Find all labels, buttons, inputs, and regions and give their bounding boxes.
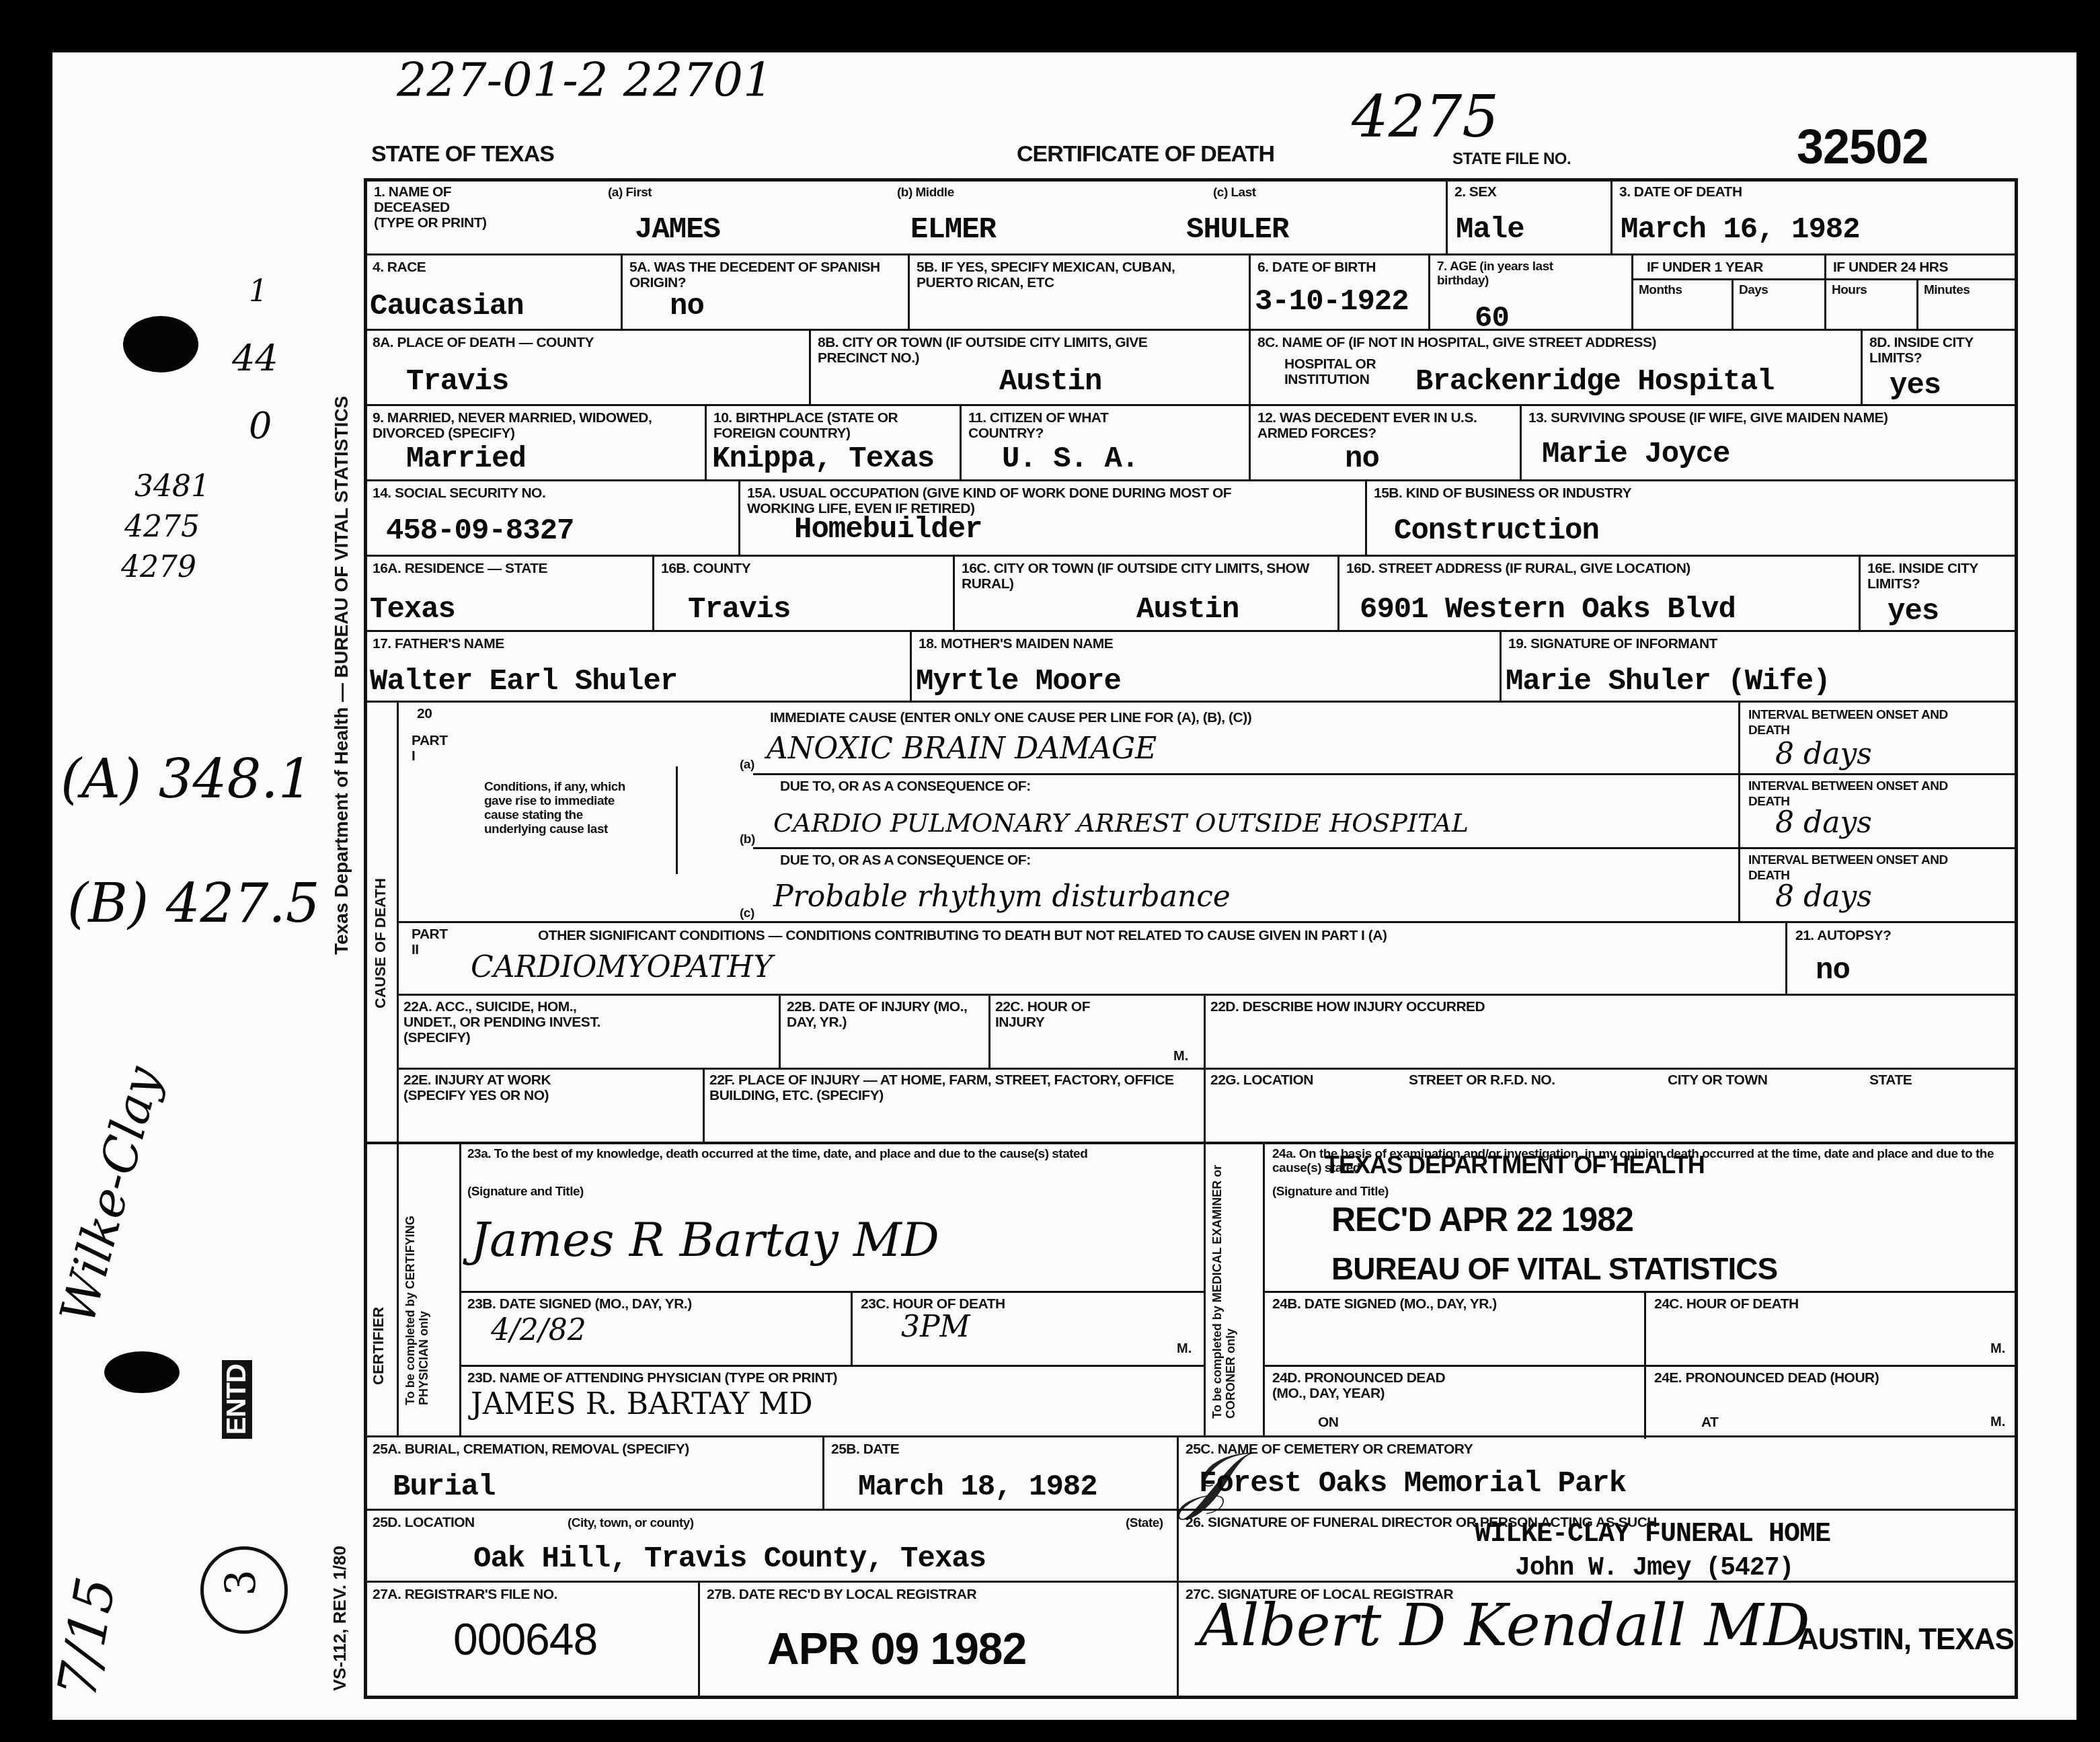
diagnosis-code-b: (B) 427.5 <box>67 887 320 920</box>
punch-hole-top <box>123 316 198 372</box>
field-25d-location: 25d. LOCATION (City, town, or county) (S… <box>364 1509 1179 1583</box>
field-16c-city: 16c. CITY OR TOWN (If outside city limit… <box>953 555 1339 632</box>
field-24b-label: 24b. DATE SIGNED (Mo., Day, Yr.) <box>1272 1296 1497 1312</box>
field-12-armed-forces: 12. WAS DECEDENT EVER IN U.S. ARMED FORC… <box>1249 404 1522 481</box>
under-1-year-months: Months <box>1631 278 1734 331</box>
margin-code-1: 3481 <box>134 471 210 503</box>
diagnosis-code-a: (A) 348.1 <box>61 763 313 795</box>
certifier-vertical-label: CERTIFIER <box>370 1307 387 1385</box>
field-24c-label: 24c. HOUR OF DEATH <box>1654 1296 1799 1312</box>
date-signed: 4/2/82 <box>491 1314 586 1347</box>
handwritten-file-reference: 227-01-2 22701 <box>397 64 773 96</box>
field-6-date-of-birth: 6. DATE OF BIRTH 3-10-1922 <box>1249 253 1430 331</box>
field-8a-county-of-death: 8a. PLACE OF DEATH — COUNTY Travis <box>364 329 811 406</box>
field-3-date-of-death: 3. DATE OF DEATH March 16, 1982 <box>1610 178 2018 255</box>
field-25a-disposition: 25a. BURIAL, CREMATION, REMOVAL (Specify… <box>364 1435 824 1511</box>
date-note: 7/15 <box>61 1575 113 1700</box>
under-1-year-days: Days <box>1732 278 1826 331</box>
field-19-informant: 19. SIGNATURE OF INFORMANT Marie Shuler … <box>1500 630 2018 703</box>
other-conditions: CARDIOMYOPATHY <box>471 951 773 984</box>
under-1-year-header: IF UNDER 1 YEAR <box>1631 253 1826 280</box>
cause-of-death-vertical-label: CAUSE OF DEATH <box>372 878 389 1008</box>
field-8c-hospital: 8c. NAME OF (If not in hospital, give st… <box>1249 329 1863 406</box>
part-ii-label: PART II <box>412 926 438 957</box>
cause-c: Probable rhythym disturbance <box>773 881 1231 913</box>
field-23d-label: 23d. NAME OF ATTENDING PHYSICIAN (Type o… <box>467 1370 837 1386</box>
under-24-hrs-header: IF UNDER 24 HRS <box>1824 253 2018 280</box>
field-22g-label: 22g. LOCATION <box>1210 1072 1313 1088</box>
department-vertical-title: Texas Department of Health — BUREAU OF V… <box>331 396 352 955</box>
field-27c-local-registrar: 27c. SIGNATURE OF LOCAL REGISTRAR Albert… <box>1177 1581 2018 1699</box>
field-5a-spanish-origin: 5a. WAS THE DECEDENT OF SPANISH ORIGIN? … <box>621 253 910 331</box>
field-22b-label: 22b. DATE OF INJURY (Mo., Day, Yr.) <box>787 999 988 1030</box>
field-22e-label: 22e. INJURY AT WORK (Specify yes or no) <box>403 1072 578 1103</box>
field-4-race: 4. RACE Caucasian <box>364 253 623 331</box>
part-i-label: PART I <box>412 733 438 764</box>
autopsy-value: no <box>1816 955 1850 987</box>
margin-note-3: 0 <box>249 410 272 442</box>
field-8d-inside-city-limits: 8d. INSIDE CITY LIMITS? yes <box>1861 329 2018 406</box>
field-14-social-security: 14. SOCIAL SECURITY NO. 458-09-8327 <box>364 479 740 557</box>
margin-note-2: 44 <box>232 343 278 375</box>
physician-only-label: To be completed by CERTIFYING PHYSICIAN … <box>403 1150 430 1405</box>
field-16e-inside-city-limits: 16e. INSIDE CITY LIMITS? yes <box>1859 555 2018 632</box>
state-heading: STATE OF TEXAS <box>371 141 554 167</box>
first-name: JAMES <box>635 214 720 246</box>
field-24e-label: 24e. PRONOUNCED DEAD (Hour) <box>1654 1370 1879 1386</box>
cause-a: ANOXIC BRAIN DAMAGE <box>767 733 1157 765</box>
field-25b-date: 25b. DATE March 18, 1982 <box>822 1435 1179 1511</box>
state-file-number: 32502 <box>1797 120 1928 175</box>
physician-signature: James R Bartay MD <box>471 1224 939 1256</box>
interval-c: 8 days <box>1775 881 1872 913</box>
immediate-cause-label: IMMEDIATE CAUSE (Enter only one cause pe… <box>770 710 1251 725</box>
field-16a-residence-state: 16a. RESIDENCE — STATE Texas <box>364 555 654 632</box>
other-conditions-label: OTHER SIGNIFICANT CONDITIONS — CONDITION… <box>538 928 1387 943</box>
field-22f-label: 22f. PLACE OF INJURY — At home, farm, st… <box>709 1072 1194 1103</box>
received-stamp-bureau: BUREAU OF VITAL STATISTICS <box>1331 1251 1777 1287</box>
field-16d-street-address: 16d. STREET ADDRESS (If rural, give loca… <box>1337 555 1861 632</box>
handwritten-file-number: 4275 <box>1352 101 1499 133</box>
field-5b-origin-specify: 5b. IF YES, SPECIFY MEXICAN, CUBAN, PUER… <box>908 253 1251 331</box>
interval-a: 8 days <box>1775 738 1872 770</box>
field-11-citizenship: 11. CITIZEN OF WHAT COUNTRY? U. S. A. <box>960 404 1251 481</box>
field-13-surviving-spouse: 13. SURVIVING SPOUSE (If wife, give maid… <box>1520 404 2018 481</box>
hour-of-death: 3PM <box>901 1311 970 1343</box>
field-2-sex: 2. SEX Male <box>1446 178 1612 255</box>
under-24-hrs-minutes: Minutes <box>1916 278 2018 331</box>
field-10-birthplace: 10. BIRTHPLACE (State or foreign country… <box>705 404 962 481</box>
last-name: SHULER <box>1186 214 1288 246</box>
field-18-mother: 18. MOTHER'S MAIDEN NAME Myrtle Moore <box>910 630 1502 703</box>
funeral-director-name: John W. Jmey (5427) <box>1515 1552 1793 1585</box>
entered-stamp: ENTD <box>222 1360 252 1439</box>
registrar-place: AUSTIN, TEXAS <box>1797 1623 2014 1657</box>
received-stamp-overprint: TEXAS DEPARTMENT OF HEALTH <box>1325 1151 1705 1179</box>
autopsy-label: 21. AUTOPSY? <box>1795 928 1891 943</box>
received-stamp-date: REC'D APR 22 1982 <box>1331 1200 1633 1239</box>
field-9-marital-status: 9. MARRIED, NEVER MARRIED, WIDOWED, DIVO… <box>364 404 707 481</box>
field-22c-label: 22c. HOUR OF INJURY <box>995 999 1130 1030</box>
field-26-funeral-director: 26. SIGNATURE OF FUNERAL DIRECTOR OR PER… <box>1177 1509 2018 1583</box>
field-27a-registrar-file: 27a. REGISTRAR'S FILE NO. 000648 <box>364 1581 700 1699</box>
field-23a-label: 23a. To the best of my knowledge, death … <box>467 1147 1180 1161</box>
field-25c-cemetery: 25c. NAME OF CEMETERY OR CREMATORY Fores… <box>1177 1435 2018 1511</box>
state-file-label: STATE FILE NO. <box>1452 151 1571 167</box>
examiner-only-label: To be completed by MEDICAL EXAMINER or C… <box>1210 1163 1237 1419</box>
field-17-father: 17. FATHER'S NAME Walter Earl Shuler <box>364 630 912 703</box>
cause-b: CARDIO PULMONARY ARREST OUTSIDE HOSPITAL <box>773 807 1469 839</box>
punch-hole-bottom <box>104 1351 180 1393</box>
field-15b-industry: 15b. KIND OF BUSINESS OR INDUSTRY Constr… <box>1365 479 2018 557</box>
field-24d-label: 24d. PRONOUNCED DEAD (Mo., Day, Year) <box>1272 1370 1461 1401</box>
middle-name: ELMER <box>910 214 996 246</box>
field-16b-county: 16b. COUNTY Travis <box>652 555 955 632</box>
margin-code-2: 4275 <box>124 511 200 543</box>
margin-code-3: 4279 <box>121 551 196 584</box>
attending-physician: JAMES R. BARTAY MD <box>471 1388 813 1421</box>
item-20-number: 20 <box>417 706 432 721</box>
field-8b-city-of-death: 8b. CITY OR TOWN (If outside city limits… <box>809 329 1251 406</box>
circled-number: 3 <box>200 1546 288 1634</box>
conditions-note: Conditions, if any, which gave rise to i… <box>484 780 646 836</box>
field-7-age: 7. AGE (in years last birthday) 60 <box>1428 253 1633 331</box>
funeral-home-name: WILKE-CLAY FUNERAL HOME <box>1475 1519 1830 1551</box>
under-24-hrs-hours: Hours <box>1824 278 1918 331</box>
registrar-signature: Albert D Kendall MD <box>1199 1610 1810 1642</box>
certificate-title: CERTIFICATE OF DEATH <box>1017 141 1274 167</box>
scanned-death-certificate: 227-01-2 22701 STATE OF TEXAS CERTIFICAT… <box>0 0 2100 1742</box>
margin-note-1: 1 <box>249 276 268 308</box>
field-15a-occupation: 15a. USUAL OCCUPATION (Give kind of work… <box>738 479 1367 557</box>
funeral-director-signature-scribble: 𝒥 <box>1180 1462 1231 1495</box>
field-1-name: 1. NAME OF DECEASED (Type or print) (a) … <box>364 178 1448 255</box>
interval-b: 8 days <box>1775 807 1872 839</box>
form-number: VS-112, REV. 1/80 <box>329 1546 350 1691</box>
field-22d-label: 22d. DESCRIBE HOW INJURY OCCURRED <box>1210 999 1485 1015</box>
field-22a-label: 22a. ACC., SUICIDE, HOM., UNDET., OR PEN… <box>403 999 632 1045</box>
field-23b-label: 23b. DATE SIGNED (Mo., Day, Yr.) <box>467 1296 692 1312</box>
field-27b-date-received: 27b. DATE REC'D BY LOCAL REGISTRAR APR 0… <box>698 1581 1179 1699</box>
